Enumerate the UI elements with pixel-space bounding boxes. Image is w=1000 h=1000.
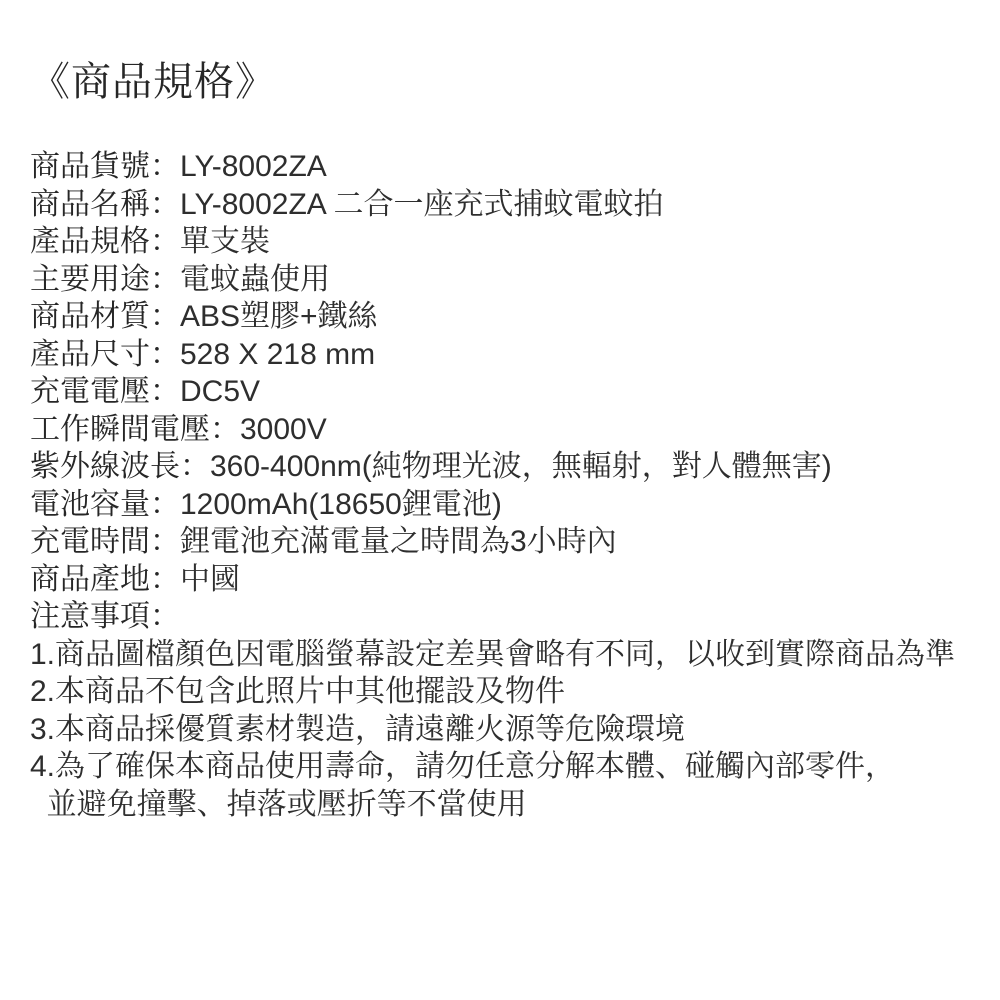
- spec-row: 商品產地：中國: [30, 561, 982, 599]
- spec-row: 商品材質：ABS塑膠+鐵絲: [30, 298, 982, 336]
- product-spec-document: 《商品規格》 商品貨號：LY-8002ZA 商品名稱：LY-8002ZA 二合一…: [0, 0, 1000, 1000]
- note-line: 4.為了確保本商品使用壽命，請勿任意分解本體、碰觸內部零件，: [30, 748, 982, 786]
- spec-row: 產品尺寸：528 X 218 mm: [30, 336, 982, 374]
- spec-colon: ：: [150, 300, 180, 333]
- spec-row: 主要用途：電蚊蟲使用: [30, 261, 982, 299]
- spec-value: 528 X 218 mm: [180, 338, 375, 371]
- spec-row: 商品貨號：LY-8002ZA: [30, 148, 982, 186]
- spec-value: 鋰電池充滿電量之時間為3小時內: [180, 525, 617, 558]
- spec-colon: ：: [150, 563, 180, 596]
- spec-colon: ：: [150, 188, 180, 221]
- spec-row: 工作瞬間電壓：3000V: [30, 411, 982, 449]
- spec-value: 電蚊蟲使用: [180, 263, 330, 296]
- spec-label: 商品產地: [30, 563, 150, 596]
- spec-label: 充電時間: [30, 525, 150, 558]
- note-line: 3.本商品採優質素材製造，請遠離火源等危險環境: [30, 711, 982, 749]
- spec-label: 商品材質: [30, 300, 150, 333]
- spec-list: 商品貨號：LY-8002ZA 商品名稱：LY-8002ZA 二合一座充式捕蚊電蚊…: [30, 148, 982, 598]
- spec-label: 產品尺寸: [30, 338, 150, 371]
- spec-value: 1200mAh(18650鋰電池): [180, 488, 502, 521]
- spec-value: ABS塑膠+鐵絲: [180, 300, 378, 333]
- spec-row: 產品規格：單支裝: [30, 223, 982, 261]
- spec-label: 電池容量: [30, 488, 150, 521]
- spec-value: 中國: [180, 563, 240, 596]
- spec-row: 充電時間：鋰電池充滿電量之時間為3小時內: [30, 523, 982, 561]
- spec-value: LY-8002ZA 二合一座充式捕蚊電蚊拍: [180, 188, 663, 221]
- notes-list: 1.商品圖檔顏色因電腦螢幕設定差異會略有不同，以收到實際商品為準 2.本商品不包…: [30, 636, 982, 824]
- spec-value: 單支裝: [180, 225, 270, 258]
- spec-row: 充電電壓：DC5V: [30, 373, 982, 411]
- spec-colon: ：: [150, 338, 180, 371]
- spec-label: 商品名稱: [30, 188, 150, 221]
- spec-row: 商品名稱：LY-8002ZA 二合一座充式捕蚊電蚊拍: [30, 186, 982, 224]
- spec-label: 產品規格: [30, 225, 150, 258]
- spec-row: 紫外線波長：360-400nm(純物理光波，無輻射，對人體無害): [30, 448, 982, 486]
- notes-section: 注意事項： 1.商品圖檔顏色因電腦螢幕設定差異會略有不同，以收到實際商品為準 2…: [30, 598, 982, 823]
- spec-label: 主要用途: [30, 263, 150, 296]
- spec-label: 工作瞬間電壓: [30, 413, 210, 446]
- spec-colon: ：: [150, 488, 180, 521]
- spec-colon: ：: [150, 525, 180, 558]
- spec-colon: ：: [150, 375, 180, 408]
- spec-label: 商品貨號: [30, 150, 150, 183]
- spec-value: DC5V: [180, 375, 260, 408]
- spec-colon: ：: [150, 263, 180, 296]
- note-line: 並避免撞擊、掉落或壓折等不當使用: [30, 786, 982, 824]
- spec-label: 紫外線波長: [30, 450, 180, 483]
- spec-colon: ：: [210, 413, 240, 446]
- spec-colon: ：: [150, 225, 180, 258]
- note-line: 1.商品圖檔顏色因電腦螢幕設定差異會略有不同，以收到實際商品為準: [30, 636, 982, 674]
- page-title: 《商品規格》: [30, 58, 982, 106]
- spec-value: 360-400nm(純物理光波，無輻射，對人體無害): [210, 450, 832, 483]
- spec-value: LY-8002ZA: [180, 150, 327, 183]
- notes-heading: 注意事項：: [30, 598, 982, 636]
- note-line: 2.本商品不包含此照片中其他擺設及物件: [30, 673, 982, 711]
- spec-label: 充電電壓: [30, 375, 150, 408]
- spec-colon: ：: [180, 450, 210, 483]
- spec-colon: ：: [150, 150, 180, 183]
- spec-value: 3000V: [240, 413, 327, 446]
- spec-row: 電池容量：1200mAh(18650鋰電池): [30, 486, 982, 524]
